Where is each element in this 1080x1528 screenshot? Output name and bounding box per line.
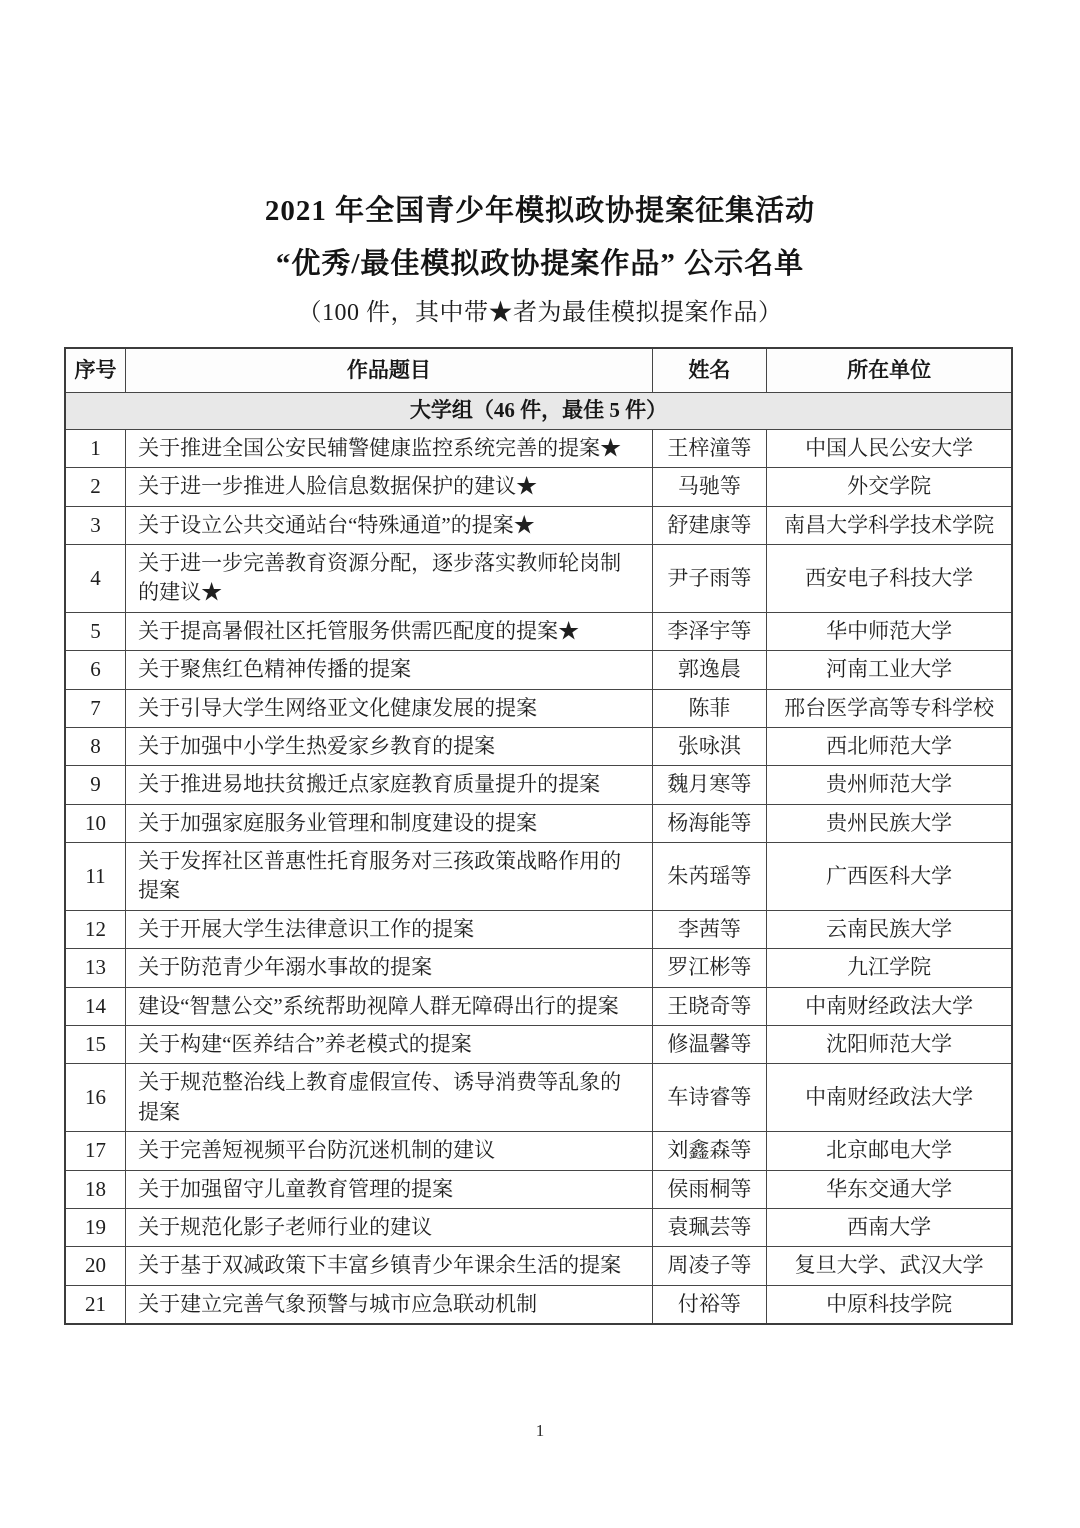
author-name: 魏月寒等 (652, 766, 767, 804)
proposal-title: 关于加强留守儿童教育管理的提案 (126, 1170, 653, 1208)
proposal-title: 关于发挥社区普惠性托育服务对三孩政策战略作用的提案 (126, 843, 653, 911)
author-name: 周凌子等 (652, 1247, 767, 1285)
col-header-organization: 所在单位 (767, 348, 1012, 393)
proposals-table: 序号 作品题目 姓名 所在单位 大学组（46 件，最佳 5 件） 1关于推进全国… (64, 347, 1013, 1325)
author-name: 尹子雨等 (652, 544, 767, 612)
author-name: 陈菲 (652, 689, 767, 727)
row-index: 6 (65, 651, 126, 689)
organization: 西北师范大学 (767, 727, 1012, 765)
proposal-title: 关于推进全国公安民辅警健康监控系统完善的提案★ (126, 429, 653, 467)
proposal-title: 关于设立公共交通站台“特殊通道”的提案★ (126, 506, 653, 544)
proposal-title: 关于提高暑假社区托管服务供需匹配度的提案★ (126, 612, 653, 650)
document-page: 2021 年全国青少年模拟政协提案征集活动 “优秀/最佳模拟政协提案作品” 公示… (0, 0, 1080, 1528)
table-row: 11关于发挥社区普惠性托育服务对三孩政策战略作用的提案朱芮瑶等广西医科大学 (65, 843, 1012, 911)
author-name: 郭逸晨 (652, 651, 767, 689)
author-name: 马驰等 (652, 468, 767, 506)
proposal-title: 关于规范化影子老师行业的建议 (126, 1208, 653, 1246)
organization: 中南财经政法大学 (767, 987, 1012, 1025)
proposal-title: 关于规范整治线上教育虚假宣传、诱导消费等乱象的提案 (126, 1064, 653, 1132)
table-row: 8关于加强中小学生热爱家乡教育的提案张咏淇西北师范大学 (65, 727, 1012, 765)
author-name: 王梓潼等 (652, 429, 767, 467)
row-index: 12 (65, 910, 126, 948)
row-index: 10 (65, 804, 126, 842)
author-name: 李茜等 (652, 910, 767, 948)
proposal-title: 关于建立完善气象预警与城市应急联动机制 (126, 1285, 653, 1324)
row-index: 9 (65, 766, 126, 804)
organization: 云南民族大学 (767, 910, 1012, 948)
row-index: 7 (65, 689, 126, 727)
proposal-title: 关于进一步推进人脸信息数据保护的建议★ (126, 468, 653, 506)
row-index: 15 (65, 1026, 126, 1064)
organization: 外交学院 (767, 468, 1012, 506)
author-name: 袁珮芸等 (652, 1208, 767, 1246)
organization: 华中师范大学 (767, 612, 1012, 650)
proposal-title: 关于推进易地扶贫搬迁点家庭教育质量提升的提案 (126, 766, 653, 804)
proposal-title: 建设“智慧公交”系统帮助视障人群无障碍出行的提案 (126, 987, 653, 1025)
proposal-title: 关于聚焦红色精神传播的提案 (126, 651, 653, 689)
row-index: 8 (65, 727, 126, 765)
row-index: 13 (65, 949, 126, 987)
organization: 九江学院 (767, 949, 1012, 987)
proposal-title: 关于防范青少年溺水事故的提案 (126, 949, 653, 987)
row-index: 17 (65, 1132, 126, 1170)
col-header-title: 作品题目 (126, 348, 653, 393)
proposal-title: 关于加强中小学生热爱家乡教育的提案 (126, 727, 653, 765)
group-header-row: 大学组（46 件，最佳 5 件） (65, 393, 1012, 429)
row-index: 19 (65, 1208, 126, 1246)
organization: 西南大学 (767, 1208, 1012, 1246)
table-row: 20关于基于双减政策下丰富乡镇青少年课余生活的提案周凌子等复旦大学、武汉大学 (65, 1247, 1012, 1285)
author-name: 李泽宇等 (652, 612, 767, 650)
author-name: 舒建康等 (652, 506, 767, 544)
proposal-title: 关于进一步完善教育资源分配，逐步落实教师轮岗制的建议★ (126, 544, 653, 612)
row-index: 1 (65, 429, 126, 467)
organization: 南昌大学科学技术学院 (767, 506, 1012, 544)
table-row: 18关于加强留守儿童教育管理的提案侯雨桐等华东交通大学 (65, 1170, 1012, 1208)
document-title-line2: “优秀/最佳模拟政协提案作品” 公示名单 (0, 245, 1080, 283)
table-row: 21关于建立完善气象预警与城市应急联动机制付裕等中原科技学院 (65, 1285, 1012, 1324)
author-name: 付裕等 (652, 1285, 767, 1324)
group-header: 大学组（46 件，最佳 5 件） (65, 393, 1012, 429)
table-row: 3关于设立公共交通站台“特殊通道”的提案★舒建康等南昌大学科学技术学院 (65, 506, 1012, 544)
proposal-title: 关于引导大学生网络亚文化健康发展的提案 (126, 689, 653, 727)
organization: 贵州师范大学 (767, 766, 1012, 804)
organization: 中原科技学院 (767, 1285, 1012, 1324)
table-body: 大学组（46 件，最佳 5 件） 1关于推进全国公安民辅警健康监控系统完善的提案… (65, 393, 1012, 1324)
page-number: 1 (0, 1421, 1080, 1441)
row-index: 2 (65, 468, 126, 506)
organization: 复旦大学、武汉大学 (767, 1247, 1012, 1285)
row-index: 18 (65, 1170, 126, 1208)
col-header-name: 姓名 (652, 348, 767, 393)
table-row: 13关于防范青少年溺水事故的提案罗江彬等九江学院 (65, 949, 1012, 987)
table-row: 1关于推进全国公安民辅警健康监控系统完善的提案★王梓潼等中国人民公安大学 (65, 429, 1012, 467)
author-name: 王晓奇等 (652, 987, 767, 1025)
row-index: 3 (65, 506, 126, 544)
table-row: 17关于完善短视频平台防沉迷机制的建议刘鑫森等北京邮电大学 (65, 1132, 1012, 1170)
document-title-line1: 2021 年全国青少年模拟政协提案征集活动 (0, 192, 1080, 230)
proposal-title: 关于加强家庭服务业管理和制度建设的提案 (126, 804, 653, 842)
author-name: 罗江彬等 (652, 949, 767, 987)
author-name: 刘鑫森等 (652, 1132, 767, 1170)
author-name: 张咏淇 (652, 727, 767, 765)
table-row: 5关于提高暑假社区托管服务供需匹配度的提案★李泽宇等华中师范大学 (65, 612, 1012, 650)
organization: 河南工业大学 (767, 651, 1012, 689)
row-index: 4 (65, 544, 126, 612)
organization: 中国人民公安大学 (767, 429, 1012, 467)
organization: 中南财经政法大学 (767, 1064, 1012, 1132)
author-name: 车诗睿等 (652, 1064, 767, 1132)
table-row: 19关于规范化影子老师行业的建议袁珮芸等西南大学 (65, 1208, 1012, 1246)
organization: 贵州民族大学 (767, 804, 1012, 842)
table-row: 6关于聚焦红色精神传播的提案郭逸晨河南工业大学 (65, 651, 1012, 689)
table-row: 9关于推进易地扶贫搬迁点家庭教育质量提升的提案魏月寒等贵州师范大学 (65, 766, 1012, 804)
row-index: 14 (65, 987, 126, 1025)
row-index: 5 (65, 612, 126, 650)
header-row: 序号 作品题目 姓名 所在单位 (65, 348, 1012, 393)
row-index: 20 (65, 1247, 126, 1285)
row-index: 11 (65, 843, 126, 911)
proposal-title: 关于基于双减政策下丰富乡镇青少年课余生活的提案 (126, 1247, 653, 1285)
author-name: 修温馨等 (652, 1026, 767, 1064)
table-row: 16关于规范整治线上教育虚假宣传、诱导消费等乱象的提案车诗睿等中南财经政法大学 (65, 1064, 1012, 1132)
organization: 华东交通大学 (767, 1170, 1012, 1208)
row-index: 21 (65, 1285, 126, 1324)
proposal-title: 关于构建“医养结合”养老模式的提案 (126, 1026, 653, 1064)
organization: 西安电子科技大学 (767, 544, 1012, 612)
table-row: 4关于进一步完善教育资源分配，逐步落实教师轮岗制的建议★尹子雨等西安电子科技大学 (65, 544, 1012, 612)
author-name: 侯雨桐等 (652, 1170, 767, 1208)
table-row: 7关于引导大学生网络亚文化健康发展的提案陈菲邢台医学高等专科学校 (65, 689, 1012, 727)
proposal-title: 关于开展大学生法律意识工作的提案 (126, 910, 653, 948)
table-header: 序号 作品题目 姓名 所在单位 (65, 348, 1012, 393)
organization: 北京邮电大学 (767, 1132, 1012, 1170)
table-row: 15关于构建“医养结合”养老模式的提案修温馨等沈阳师范大学 (65, 1026, 1012, 1064)
row-index: 16 (65, 1064, 126, 1132)
document-header: 2021 年全国青少年模拟政协提案征集活动 “优秀/最佳模拟政协提案作品” 公示… (0, 192, 1080, 329)
table-row: 2关于进一步推进人脸信息数据保护的建议★马驰等外交学院 (65, 468, 1012, 506)
organization: 邢台医学高等专科学校 (767, 689, 1012, 727)
document-subtitle: （100 件，其中带★者为最佳模拟提案作品） (0, 297, 1080, 329)
table-row: 14建设“智慧公交”系统帮助视障人群无障碍出行的提案王晓奇等中南财经政法大学 (65, 987, 1012, 1025)
organization: 广西医科大学 (767, 843, 1012, 911)
col-header-index: 序号 (65, 348, 126, 393)
organization: 沈阳师范大学 (767, 1026, 1012, 1064)
author-name: 朱芮瑶等 (652, 843, 767, 911)
author-name: 杨海能等 (652, 804, 767, 842)
proposal-title: 关于完善短视频平台防沉迷机制的建议 (126, 1132, 653, 1170)
table-row: 12关于开展大学生法律意识工作的提案李茜等云南民族大学 (65, 910, 1012, 948)
table-row: 10关于加强家庭服务业管理和制度建设的提案杨海能等贵州民族大学 (65, 804, 1012, 842)
